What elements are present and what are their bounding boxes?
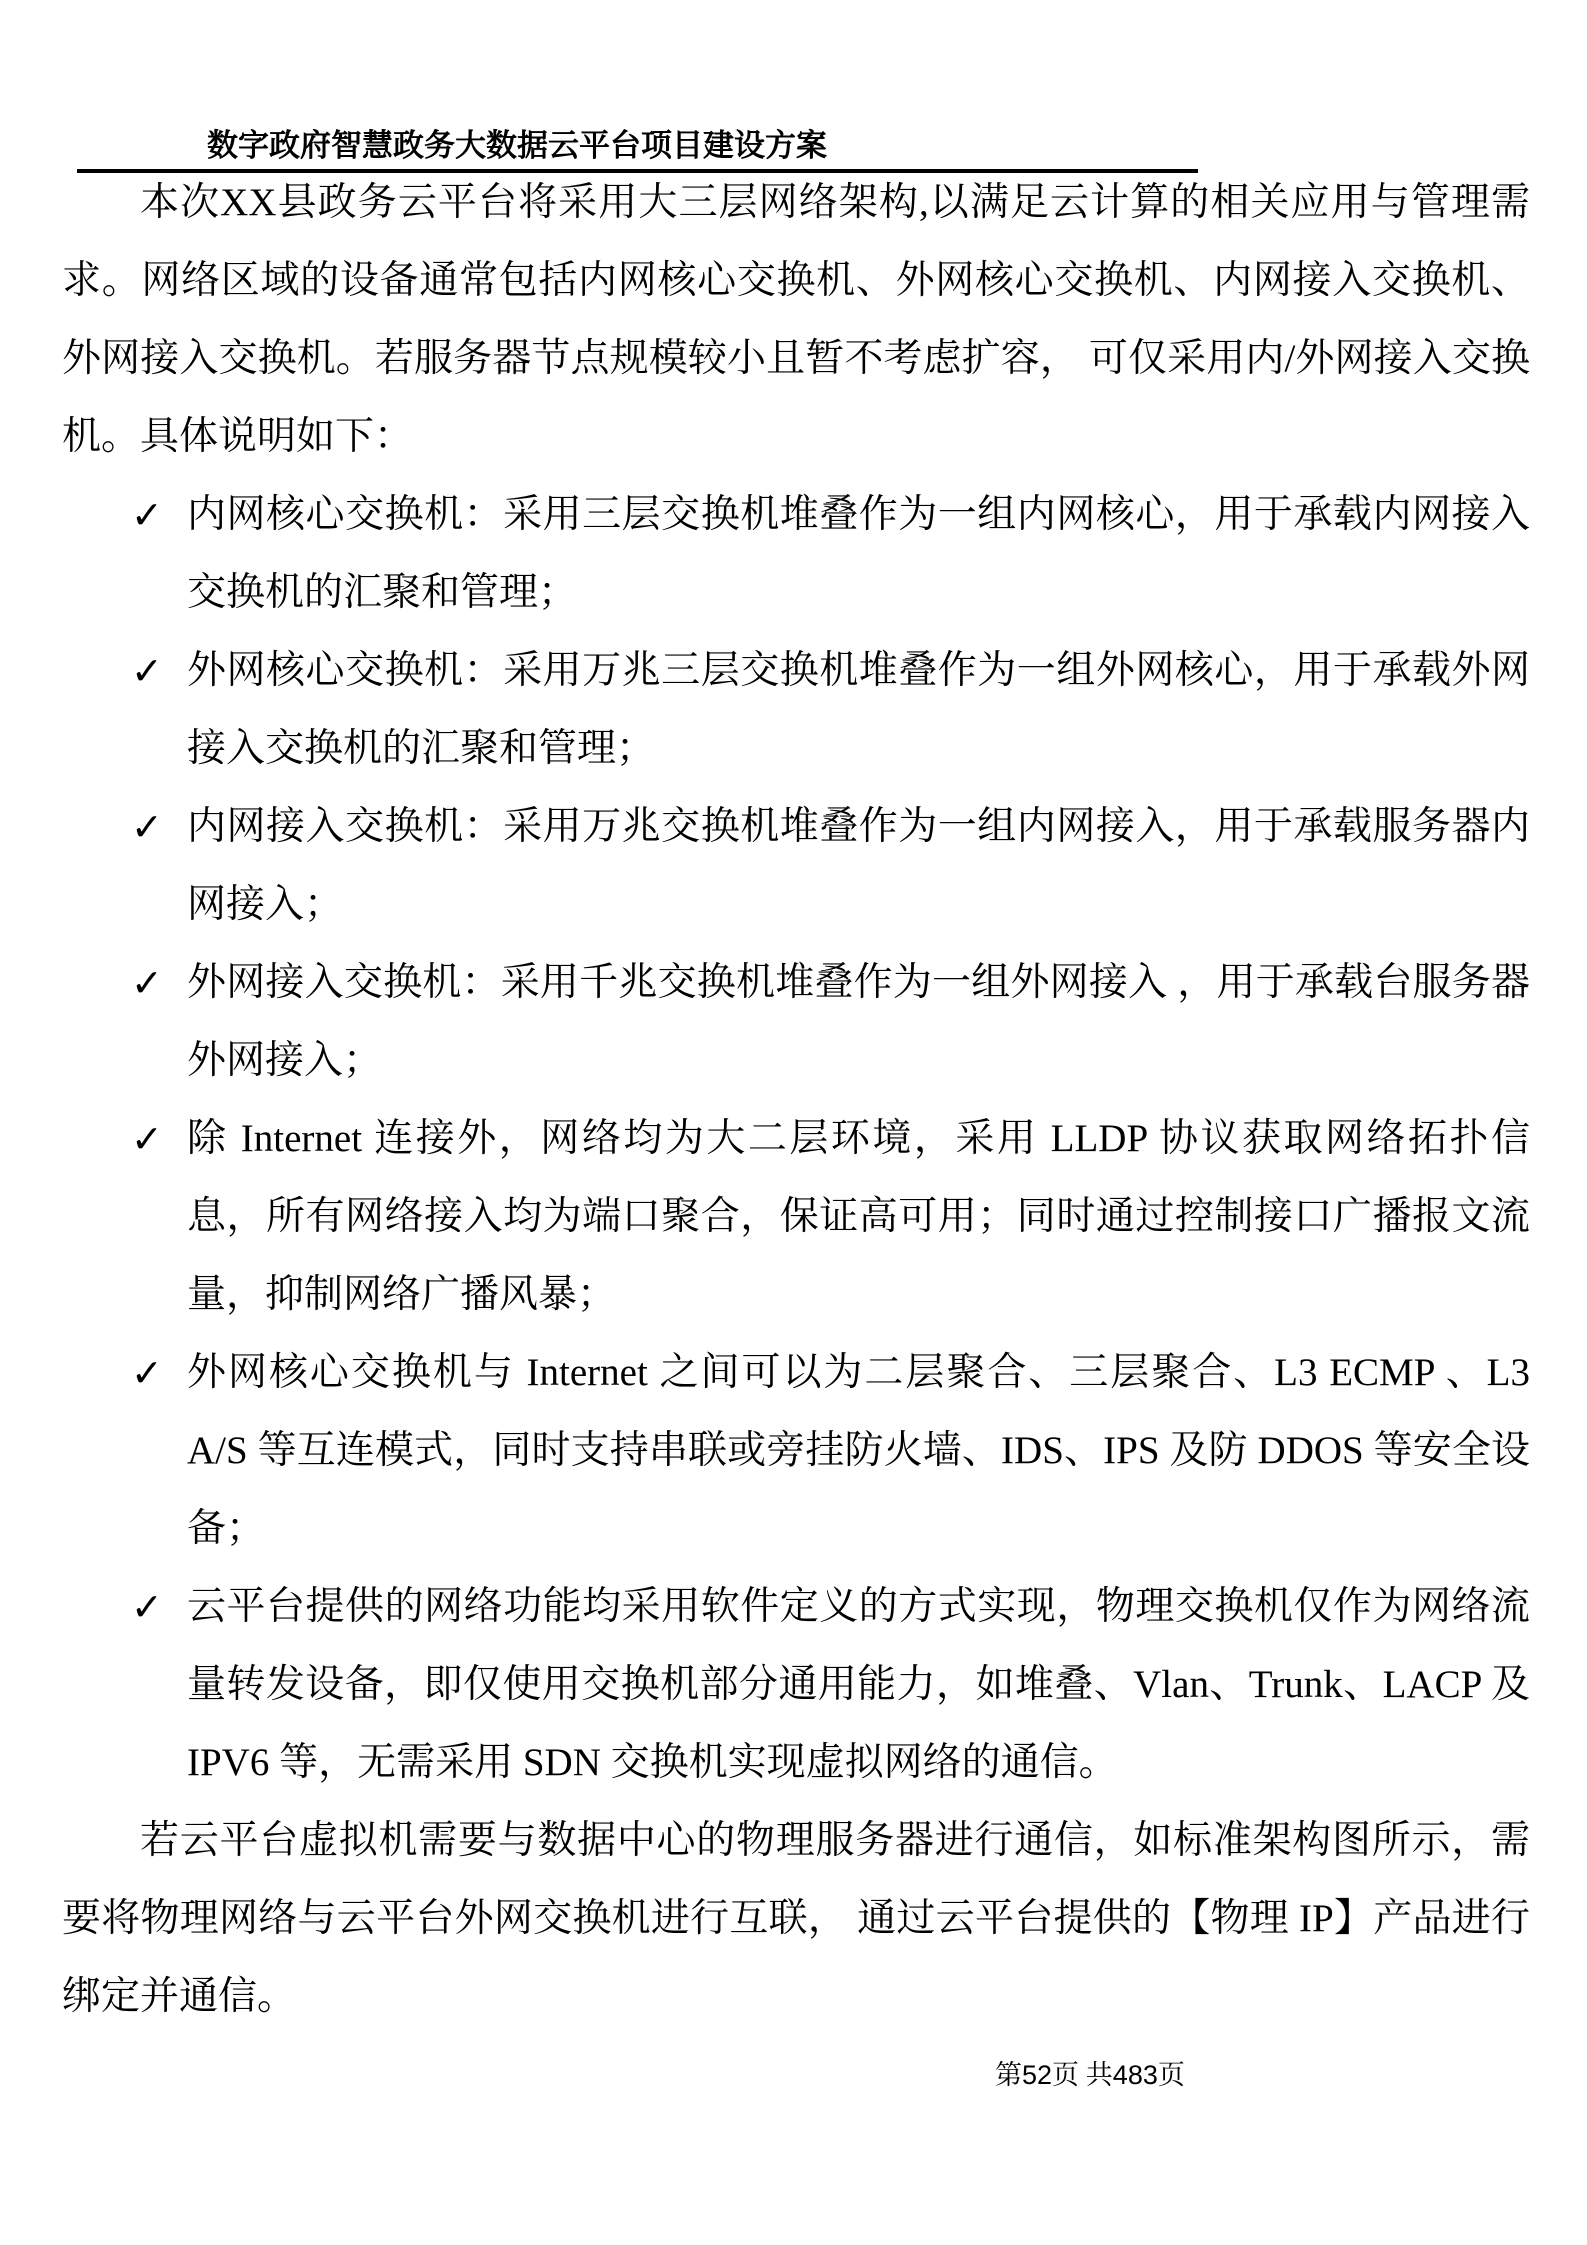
list-item-text: 云平台提供的网络功能均采用软件定义的方式实现，物理交换机仅作为网络流量转发设备，… <box>187 1585 1530 1784</box>
list-item-text: 内网接入交换机：采用万兆交换机堆叠作为一组内网接入，用于承载服务器内网接入； <box>187 805 1530 926</box>
checkmark-icon: ✓ <box>131 944 163 1022</box>
footer-page-suffix: 页 <box>1158 2060 1185 2090</box>
footer-current-page: 52 <box>1022 2060 1052 2090</box>
document-body: 本次XX县政务云平台将采用大三层网络架构,以满足云计算的相关应用与管理需求。网络… <box>62 164 1530 2036</box>
intro-paragraph: 本次XX县政务云平台将采用大三层网络架构,以满足云计算的相关应用与管理需求。网络… <box>62 164 1530 476</box>
document-page: 数字政府智慧政务大数据云平台项目建设方案 本次XX县政务云平台将采用大三层网络架… <box>0 0 1587 2245</box>
list-item: ✓ 云平台提供的网络功能均采用软件定义的方式实现，物理交换机仅作为网络流量转发设… <box>187 1568 1530 1802</box>
checkmark-icon: ✓ <box>131 1100 163 1178</box>
checkmark-icon: ✓ <box>131 476 163 554</box>
list-item: ✓ 外网核心交换机与 Internet 之间可以为二层聚合、三层聚合、L3 EC… <box>187 1334 1530 1568</box>
checkmark-icon: ✓ <box>131 1568 163 1646</box>
footer-total-pages: 483 <box>1113 2060 1158 2090</box>
list-item: ✓ 内网接入交换机：采用万兆交换机堆叠作为一组内网接入，用于承载服务器内网接入； <box>187 788 1530 944</box>
checkmark-icon: ✓ <box>131 1334 163 1412</box>
list-item-text: 外网核心交换机：采用万兆三层交换机堆叠作为一组外网核心，用于承载外网接入交换机的… <box>187 649 1530 770</box>
page-footer: 第52页 共483页 <box>995 2058 1185 2092</box>
list-item: ✓ 内网核心交换机：采用三层交换机堆叠作为一组内网核心，用于承载内网接入交换机的… <box>187 476 1530 632</box>
list-item-text: 外网接入交换机：采用千兆交换机堆叠作为一组外网接入 ，用于承载台服务器外网接入； <box>187 961 1530 1082</box>
footer-page-middle: 页 共 <box>1052 2060 1113 2090</box>
list-item: ✓ 除 Internet 连接外，网络均为大二层环境，采用 LLDP 协议获取网… <box>187 1100 1530 1334</box>
list-item: ✓ 外网核心交换机：采用万兆三层交换机堆叠作为一组外网核心，用于承载外网接入交换… <box>187 632 1530 788</box>
footer-page-prefix: 第 <box>995 2060 1022 2090</box>
closing-paragraph: 若云平台虚拟机需要与数据中心的物理服务器进行通信，如标准架构图所示，需要将物理网… <box>62 1802 1530 2036</box>
list-item-text: 除 Internet 连接外，网络均为大二层环境，采用 LLDP 协议获取网络拓… <box>187 1117 1530 1316</box>
checkmark-icon: ✓ <box>131 632 163 710</box>
list-item: ✓ 外网接入交换机：采用千兆交换机堆叠作为一组外网接入 ，用于承载台服务器外网接… <box>187 944 1530 1100</box>
checkmark-icon: ✓ <box>131 788 163 866</box>
header-title: 数字政府智慧政务大数据云平台项目建设方案 <box>207 126 1198 166</box>
list-item-text: 外网核心交换机与 Internet 之间可以为二层聚合、三层聚合、L3 ECMP… <box>187 1351 1530 1550</box>
bullet-list: ✓ 内网核心交换机：采用三层交换机堆叠作为一组内网核心，用于承载内网接入交换机的… <box>62 476 1530 1802</box>
list-item-text: 内网核心交换机：采用三层交换机堆叠作为一组内网核心，用于承载内网接入交换机的汇聚… <box>187 493 1530 614</box>
